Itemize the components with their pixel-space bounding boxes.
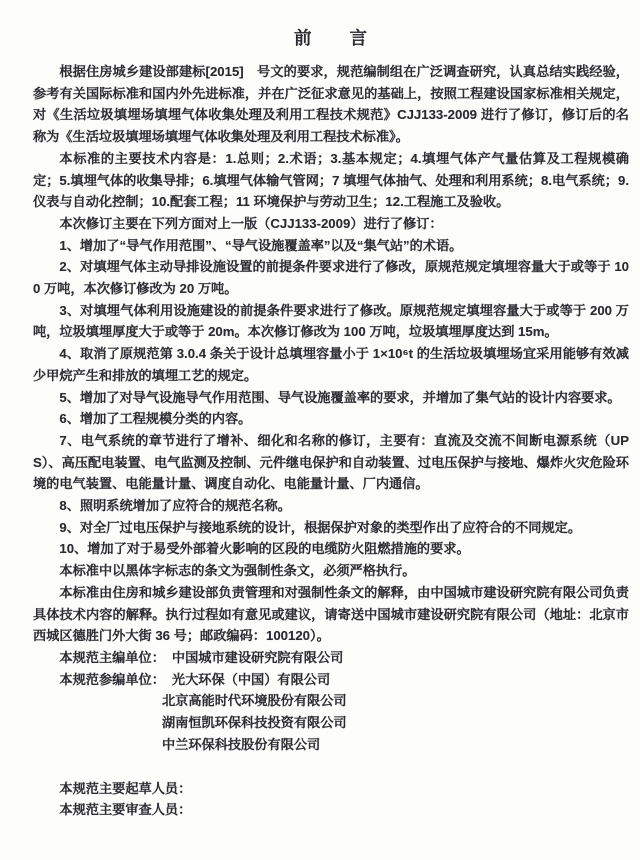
participating-unit-line: 本规范参编单位：光大环保（中国）有限公司 bbox=[33, 669, 629, 691]
paragraph-mandatory-clauses: 本标准中以黑体字标志的条文为强制性条文，必须严格执行。 bbox=[33, 560, 629, 582]
revision-item-9: 9、对全厂过电压保护与接地系统的设计，根据保护对象的类型作出了应符合的不同规定。 bbox=[33, 517, 629, 539]
reviewers-label: 本规范主要审查人员： bbox=[33, 799, 629, 821]
revision-item-2: 2、对填埋气体主动导排设施设置的前提条件要求进行了修改，原规范规定填埋容量大于或… bbox=[33, 256, 629, 299]
revision-item-10: 10、增加了对于易受外部着火影响的区段的电缆防火阻燃措施的要求。 bbox=[33, 538, 629, 560]
participating-unit: 北京高能时代环境股份有限公司 bbox=[162, 690, 629, 712]
participating-unit: 湖南恒凯环保科技投资有限公司 bbox=[162, 712, 629, 734]
chief-editor-label: 本规范主编单位： bbox=[59, 650, 165, 665]
revision-item-5: 5、增加了对导气设施导气作用范围、导气设施覆盖率的要求，并增加了集气站的设计内容… bbox=[33, 387, 629, 409]
revision-item-8: 8、照明系统增加了应符合的规范名称。 bbox=[33, 495, 629, 517]
scanned-document-page: 前 言 根据住房城乡建设部建标[2015] 号文的要求，规范编制组在广泛调查研究… bbox=[0, 0, 640, 860]
revision-item-3: 3、对填埋气体利用设施建设的前提条件要求进行了修改。原规范规定填埋容量大于或等于… bbox=[33, 300, 629, 343]
page-title: 前 言 bbox=[33, 27, 629, 49]
paragraph-revision-intro: 本次修订主要在下列方面对上一版（CJJ133-2009）进行了修订： bbox=[33, 213, 629, 235]
participating-units-label: 本规范参编单位： bbox=[59, 672, 165, 687]
paragraph-intro: 根据住房城乡建设部建标[2015] 号文的要求，规范编制组在广泛调查研究，认真总… bbox=[33, 61, 629, 148]
drafters-label: 本规范主要起草人员： bbox=[33, 778, 629, 800]
revision-item-1: 1、增加了“导气作用范围”、“导气设施覆盖率”以及“集气站”的术语。 bbox=[33, 235, 629, 257]
chief-editor-unit: 中国城市建设研究院有限公司 bbox=[172, 650, 343, 665]
revision-item-4: 4、取消了原规范第 3.0.4 条关于设计总填埋容量小于 1×10⁶t 的生活垃… bbox=[33, 343, 629, 386]
revision-item-7: 7、电气系统的章节进行了增补、细化和名称的修订，主要有：直流及交流不间断电源系统… bbox=[33, 430, 629, 495]
paragraph-interpretation: 本标准由住房和城乡建设部负责管理和对强制性条文的解释，由中国城市建设研究院有限公… bbox=[33, 582, 629, 647]
preface-body: 根据住房城乡建设部建标[2015] 号文的要求，规范编制组在广泛调查研究，认真总… bbox=[33, 61, 629, 821]
paragraph-contents: 本标准的主要技术内容是：1.总则；2.术语；3.基本规定；4.填埋气体产气量估算… bbox=[33, 148, 629, 213]
participating-unit: 光大环保（中国）有限公司 bbox=[172, 672, 330, 687]
participating-unit: 中兰环保科技股份有限公司 bbox=[162, 734, 629, 756]
chief-editor-unit-line: 本规范主编单位：中国城市建设研究院有限公司 bbox=[33, 647, 629, 669]
revision-item-6: 6、增加了工程规模分类的内容。 bbox=[33, 408, 629, 430]
